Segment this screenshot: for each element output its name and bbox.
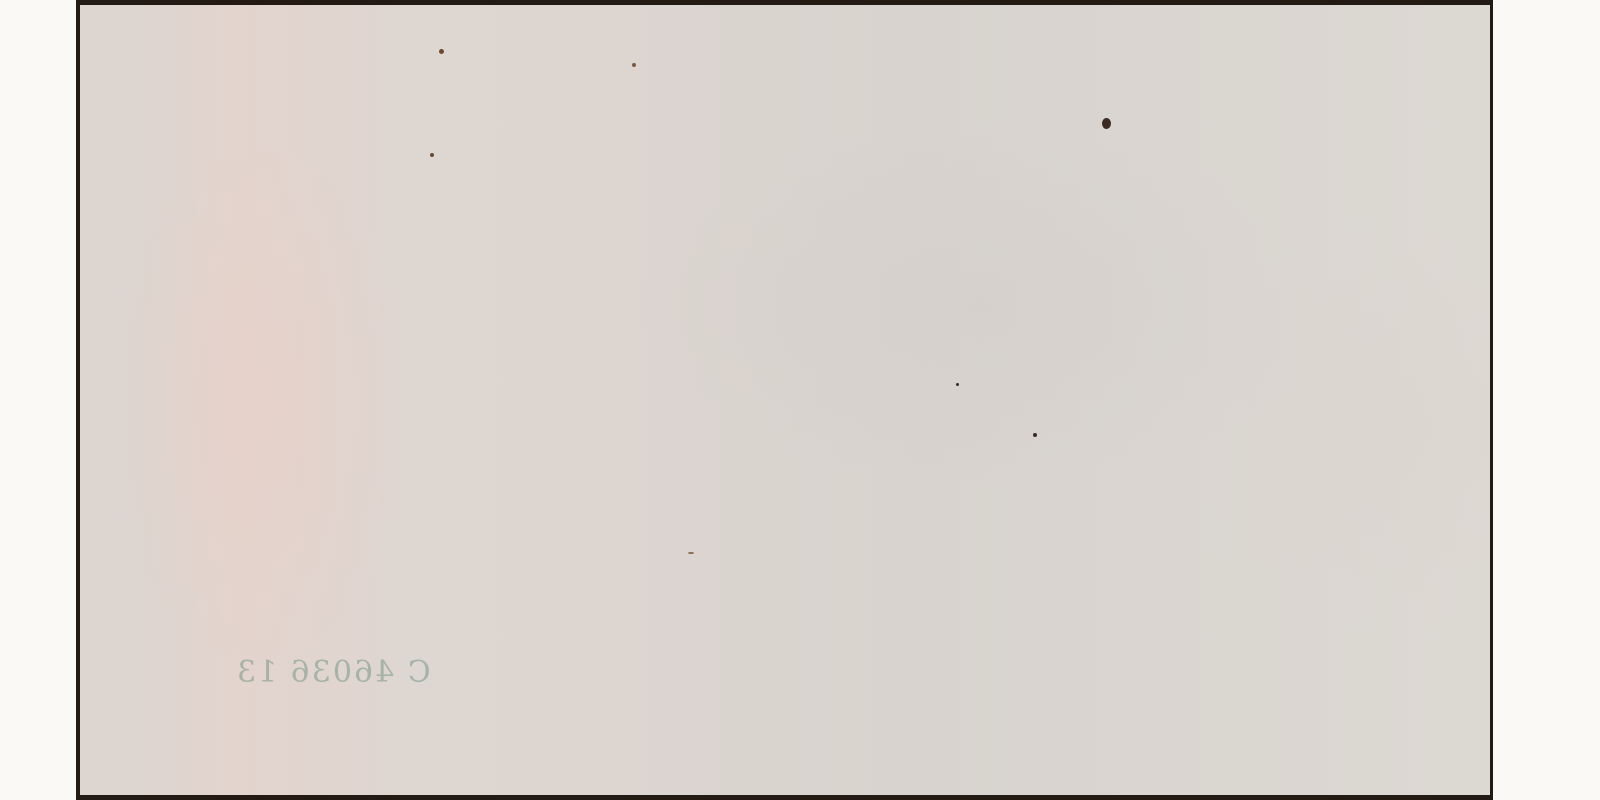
serial-number-show-through: C 46036 13 [235, 655, 431, 690]
ink-speck [632, 63, 636, 67]
ink-speck [688, 552, 694, 554]
ink-speck [430, 153, 434, 157]
ink-speck [1102, 118, 1111, 129]
ink-speck [1033, 433, 1037, 437]
ink-speck [956, 383, 959, 386]
ink-speck [439, 49, 444, 54]
